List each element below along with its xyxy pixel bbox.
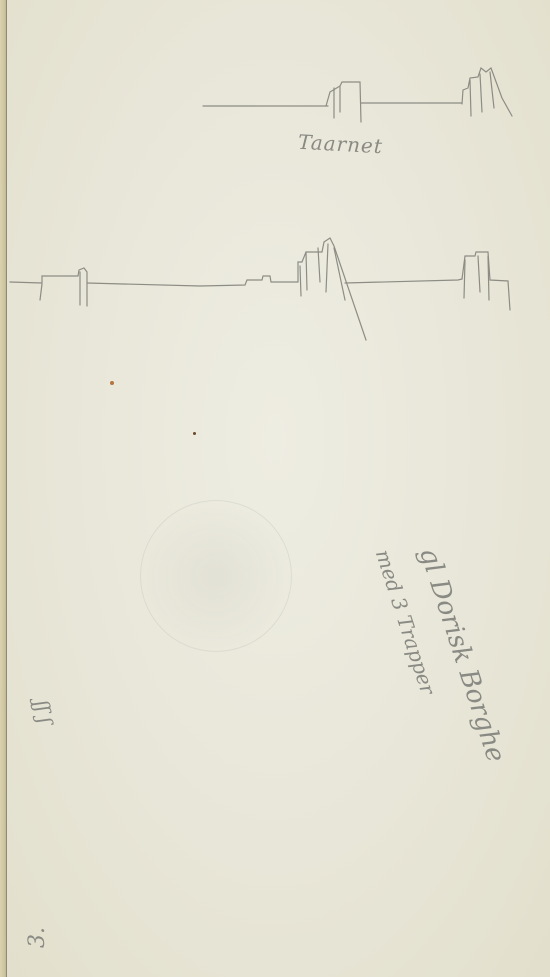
foxing-spot [110, 381, 114, 385]
foxing-spot [193, 432, 196, 435]
margin-scribble: ʃʃ ʃ [30, 699, 58, 725]
pencil-sketches [0, 0, 550, 977]
sketch-label-taarnet: Taarnet [297, 130, 383, 158]
page-number: 3. [25, 927, 50, 948]
top-skyline-sketch [203, 68, 512, 122]
sketchbook-page: Taarnet gl Dorisk Borghe med 3 Trapper ʃ… [0, 0, 550, 977]
middle-skyline-sketch [10, 238, 510, 340]
